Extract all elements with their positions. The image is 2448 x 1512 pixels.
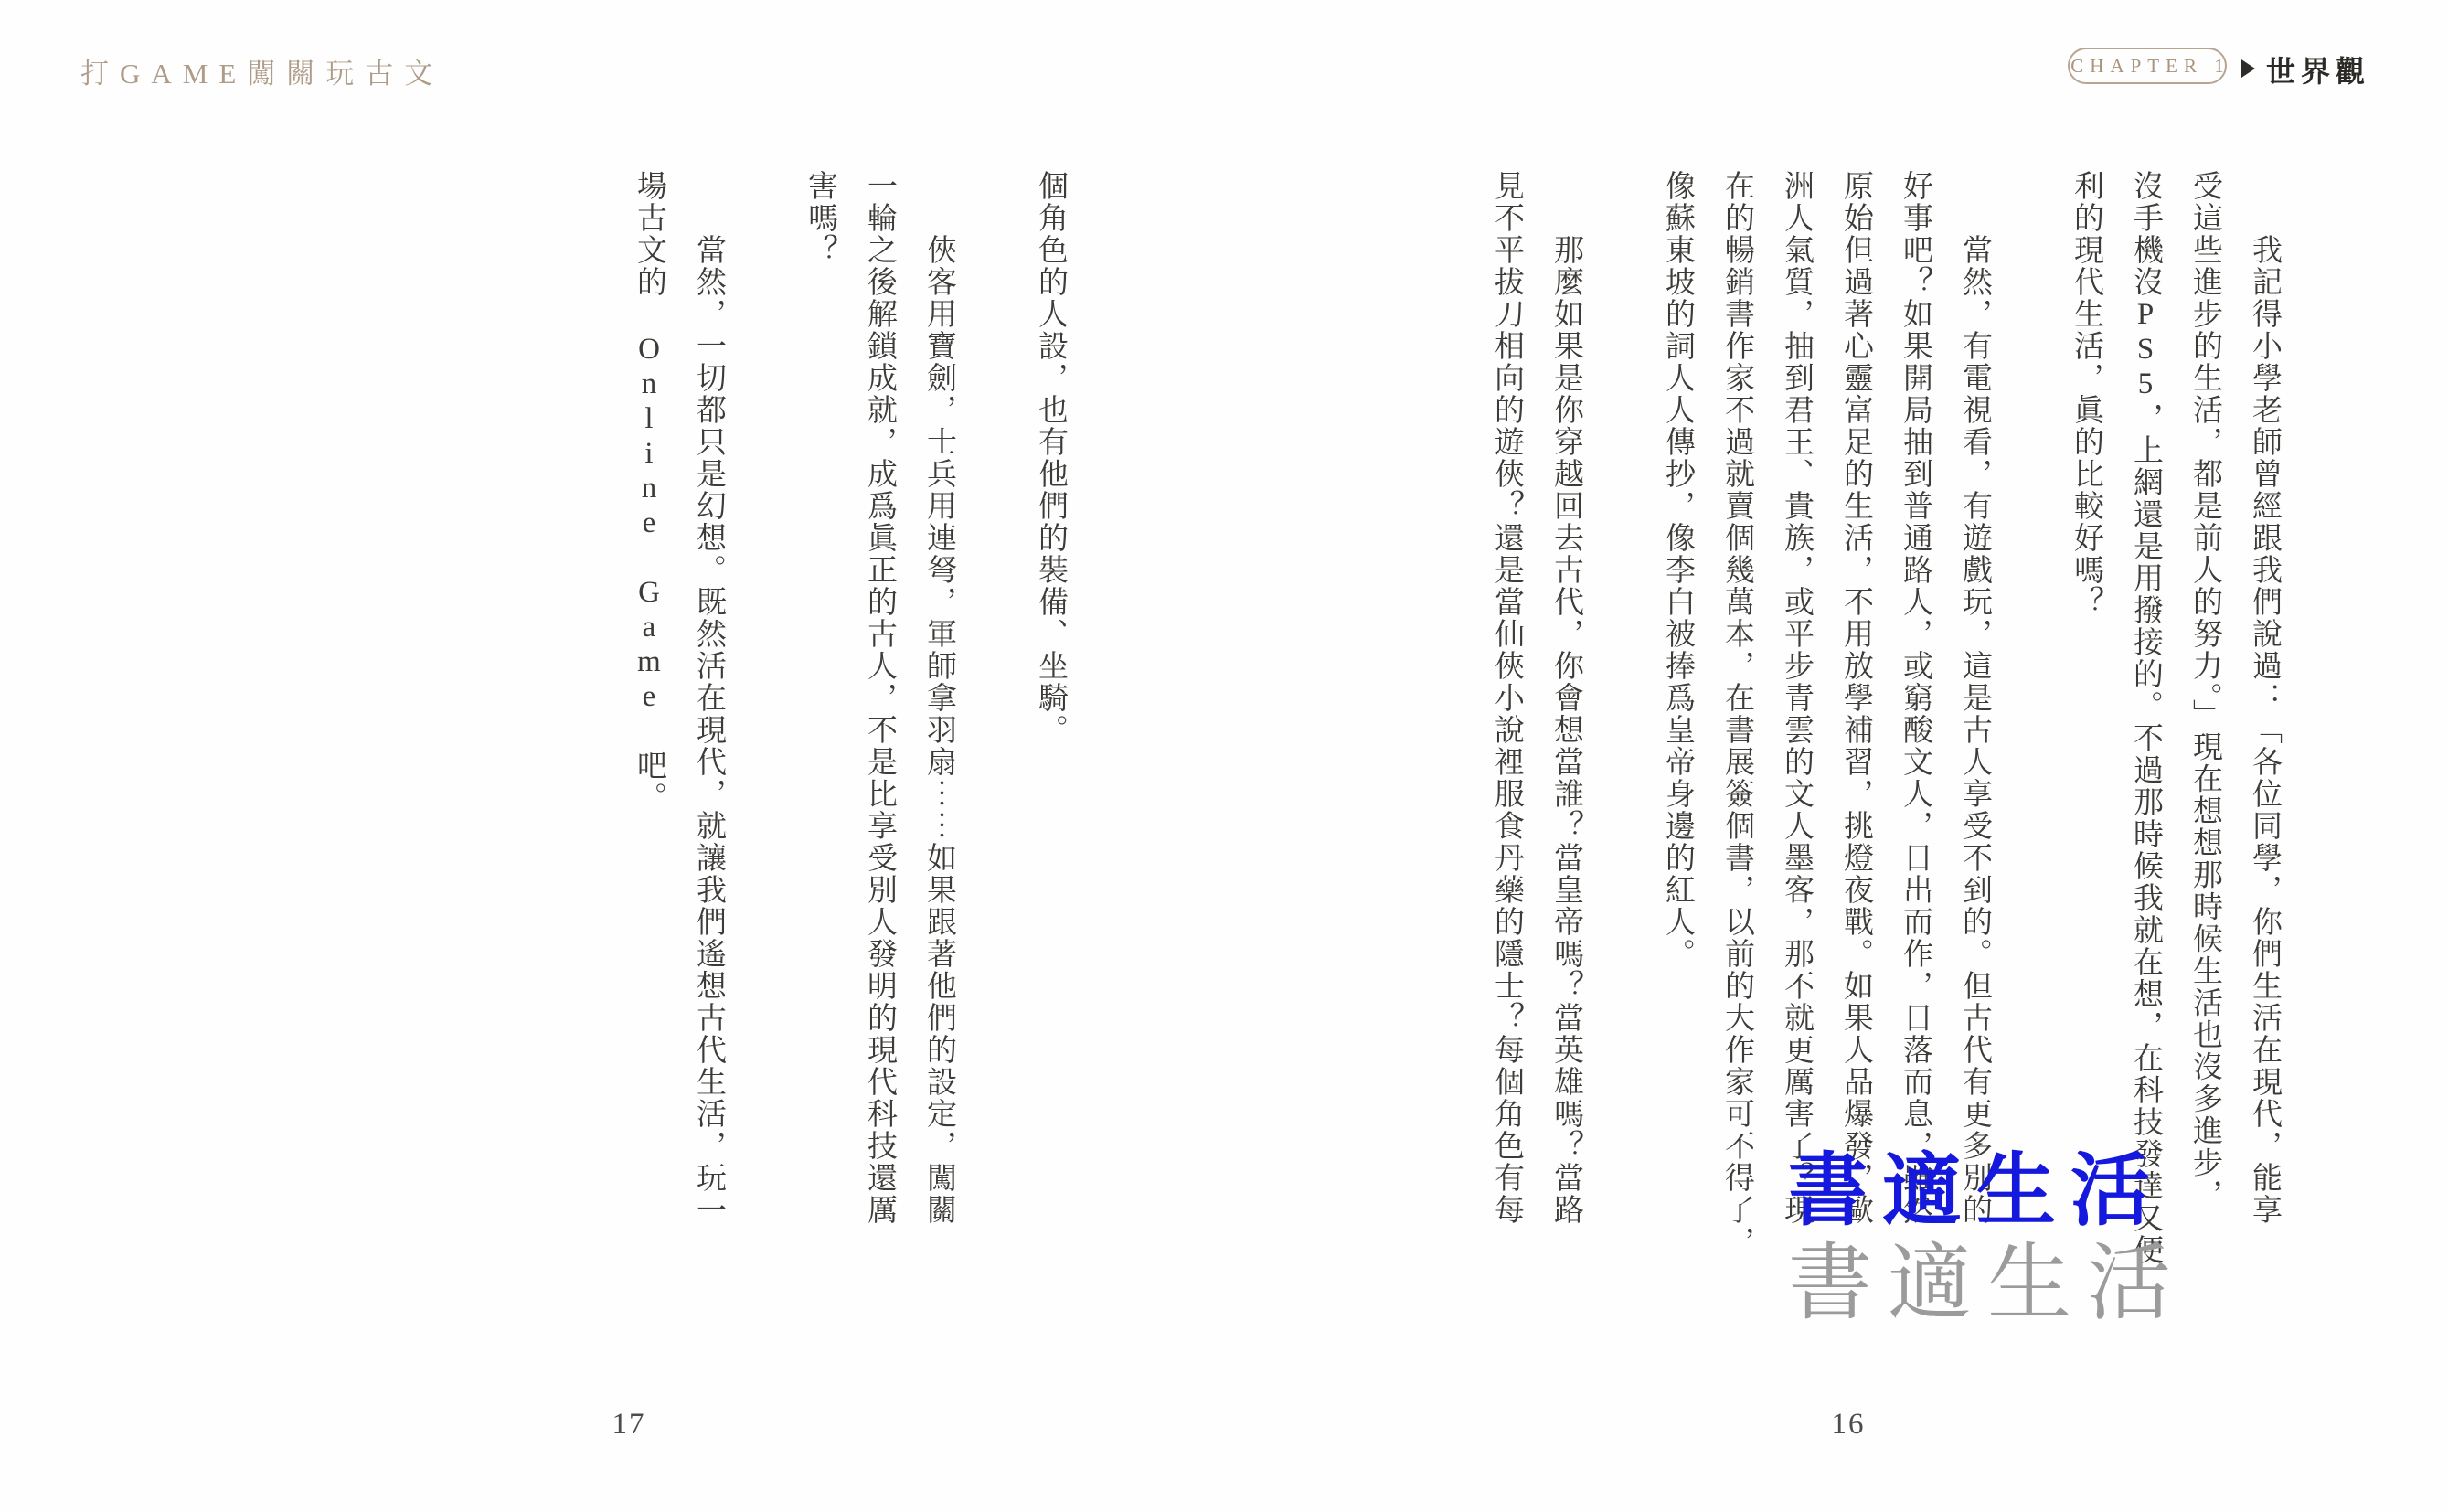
text-column: 在的暢銷書作家不過就賣個幾萬本，在書展簽個書，以前的大作家可不得了， (1719, 170, 1754, 1258)
text-column: 那麼如果是你穿越回去古代，你會想當誰？當皇帝嗎？當英雄嗎？當路 (1549, 170, 1583, 1226)
text-column: 場古文的 Online Game 吧。 (632, 170, 666, 814)
text-column: 好事吧？如果開局抽到普通路人，或窮酸文人，日出而作，日落而息，雖然 (1898, 170, 1932, 1226)
page-number-16: 16 (1821, 1408, 1876, 1442)
text-column: 一輪之後解鎖成就，成爲眞正的古人，不是比享受別人發明的現代科技還厲 (862, 170, 897, 1226)
text-column: 當然，有電視看，有遊戲玩，這是古人享受不到的。但古代有更多別的 (1957, 170, 1992, 1226)
text-column: 見不平拔刀相向的遊俠？還是當仙俠小說裡服食丹藥的隱士？每個角色有每 (1489, 170, 1524, 1226)
text-column: 利的現代生活，眞的比較好嗎？ (2069, 170, 2103, 618)
watermark-gray: 書適生活 (1788, 1216, 2187, 1336)
right-page-text: 我記得小學老師曾經跟我們說過：「各位同學，你們生活在現代，能享受這些進步的生活，… (1489, 170, 2282, 1266)
book-spread: 打GAME闖關玩古文 CHAPTER 1 世界觀 我記得小學老師曾經跟我們說過：… (0, 0, 2448, 1512)
text-column: 沒手機沒PS5，上網還是用撥接的。不過那時候我就在想，在科技發達又便 (2128, 170, 2163, 1266)
text-column: 我記得小學老師曾經跟我們說過：「各位同學，你們生活在現代，能享 (2247, 170, 2282, 1226)
triangle-right-icon (2241, 59, 2255, 78)
text-column: 像蘇東坡的詞人人傳抄，像李白被捧爲皇帝身邊的紅人。 (1660, 170, 1695, 970)
page-number-17: 17 (601, 1408, 656, 1442)
text-column: 原始但過著心靈富足的生活，不用放學補習，挑燈夜戰。如果人品爆發，歐 (1838, 170, 1873, 1226)
chapter-badge: CHAPTER 1 (2068, 48, 2227, 84)
text-column: 個角色的人設，也有他們的裝備、坐騎。 (1033, 170, 1068, 746)
left-page-text: 個角色的人設，也有他們的裝備、坐騎。俠客用寶劍，士兵用連弩，軍師拿羽扇⋯⋯如果跟… (632, 170, 1068, 1226)
section-title: 世界觀 (2266, 48, 2370, 91)
text-column: 洲人氣質，抽到君王、貴族，或平步青雲的文人墨客，那不就更厲害了？現 (1779, 170, 1814, 1226)
text-column: 當然，一切都只是幻想。既然活在現代，就讓我們遙想古代生活，玩一 (691, 170, 726, 1226)
chapter-badge-label: CHAPTER 1 (2064, 55, 2230, 78)
book-title: 打GAME闖關玩古文 (80, 50, 443, 91)
text-column: 害嗎？ (803, 170, 837, 266)
text-column: 俠客用寶劍，士兵用連弩，軍師拿羽扇⋯⋯如果跟著他們的設定，闖關 (921, 170, 956, 1226)
text-column: 受這些進步的生活，都是前人的努力。」現在想想那時候生活也沒多進步， (2187, 170, 2222, 1211)
